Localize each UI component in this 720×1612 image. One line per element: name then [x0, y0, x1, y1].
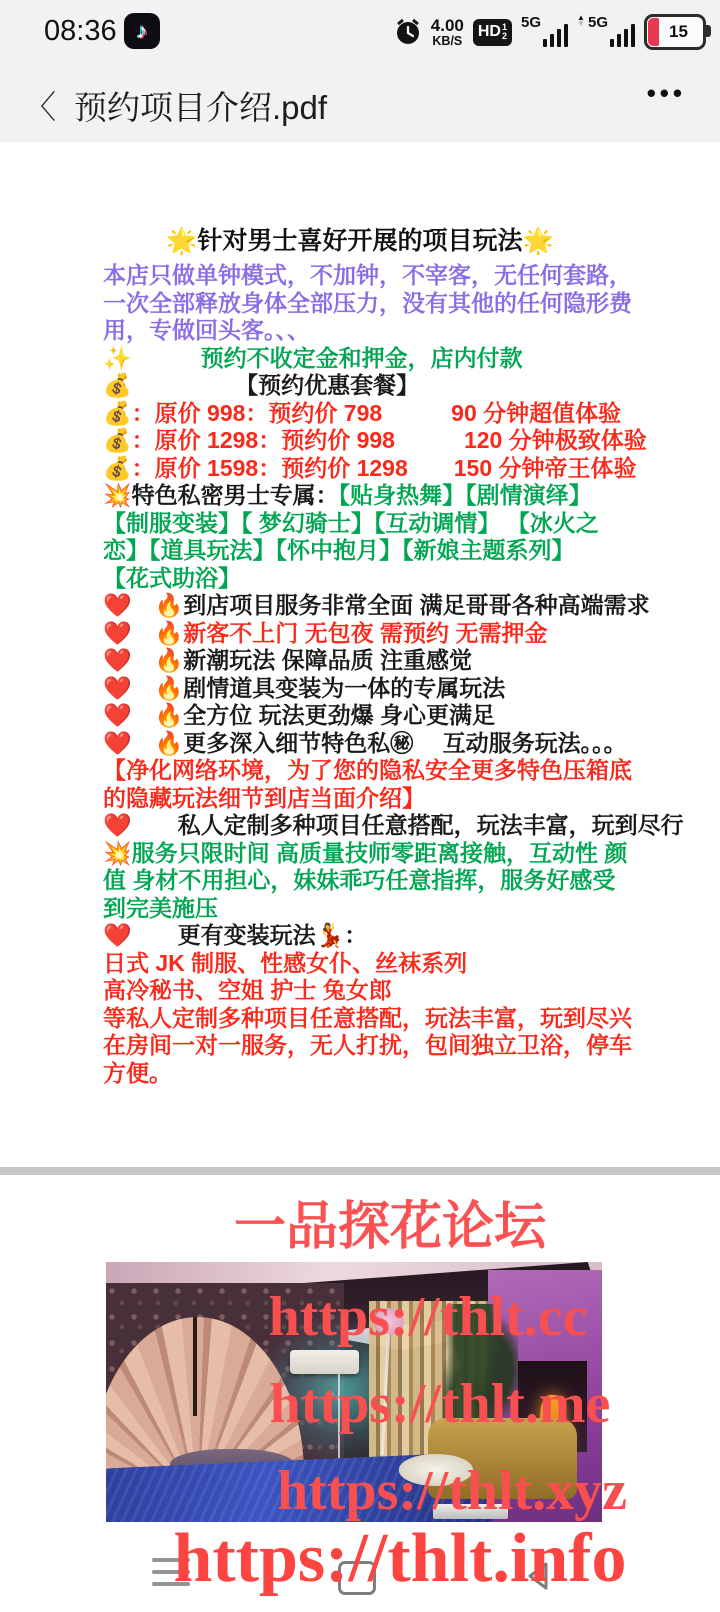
doc-line: ❤️ 🔥到店项目服务非常全面 满足哥哥各种高端需求: [0, 592, 720, 620]
pdf-page-1: 🌟针对男士喜好开展的项目玩法🌟 本店只做单钟模式，不加钟，不宰客，无任何套路，一…: [0, 142, 720, 1167]
data-arrows-icon: ▲▼: [577, 15, 585, 28]
tiktok-app-icon: ♪: [124, 13, 160, 49]
hd-sim-numbers: 12: [502, 23, 507, 41]
page-divider: [0, 1167, 720, 1175]
doc-line: 💰 【预约优惠套餐】: [0, 372, 720, 400]
doc-line: 本店只做单钟模式，不加钟，不宰客，无任何套路，: [0, 262, 720, 290]
speed-unit: KB/S: [432, 35, 462, 48]
battery-level-fill: [648, 18, 659, 46]
doc-line: 💰：原价 1298：预约价 998 120 分钟极致体验: [0, 427, 720, 455]
battery-icon: 15: [644, 14, 706, 50]
signal-bars-icon: [543, 24, 569, 47]
hd-volte-icon: HD 12: [473, 19, 512, 46]
more-options-button[interactable]: •••: [647, 78, 686, 109]
phone-screen: 08:36 ♪ 4.00 KB/S HD 12 5G ▲▼ 5G: [0, 0, 720, 1612]
doc-line: 高冷秘书、空姐 护士 兔女郎: [0, 977, 720, 1005]
doc-line: 💰：原价 1598：预约价 1298 150 分钟帝王体验: [0, 455, 720, 483]
doc-line: 【花式助浴】: [0, 565, 720, 593]
doc-title: 🌟针对男士喜好开展的项目玩法🌟: [0, 226, 720, 256]
network-type-label: 5G: [588, 14, 608, 31]
signal-sim2-icon: ▲▼ 5G: [577, 15, 635, 49]
status-time: 08:36: [44, 15, 117, 48]
doc-line: ❤️ 🔥剧情道具变装为一体的专属玩法: [0, 675, 720, 703]
doc-line: 等私人定制多种项目任意搭配，玩法丰富，玩到尽兴: [0, 1005, 720, 1033]
doc-line: ❤️ 🔥更多深入细节特色私㊙ 互动服务玩法。。。: [0, 730, 720, 758]
watermark-url-info: https://thlt.info: [0, 1517, 720, 1601]
music-note-icon: ♪: [137, 18, 148, 44]
status-bar: 08:36 ♪ 4.00 KB/S HD 12 5G ▲▼ 5G: [0, 0, 720, 64]
doc-line: ❤️ 🔥全方位 玩法更劲爆 身心更满足: [0, 702, 720, 730]
watermark-url: https://thlt.me: [0, 1368, 720, 1440]
document-body: 本店只做单钟模式，不加钟，不宰客，无任何套路，一次全部释放身体全部压力，没有其他…: [0, 262, 720, 1087]
title-bar: 〈 预约项目介绍.pdf •••: [0, 64, 720, 142]
doc-line: 到完美施压: [0, 895, 720, 923]
back-button[interactable]: 〈: [24, 82, 56, 128]
doc-line: 日式 JK 制服、性感女仆、丝袜系列: [0, 950, 720, 978]
doc-line: 用，专做回头客。、、: [0, 317, 720, 345]
doc-line: 方便。: [0, 1060, 720, 1088]
hd-label: HD: [478, 23, 501, 41]
doc-line: 【制服变装】【 梦幻骑士】【互动调情】 【冰火之: [0, 510, 720, 538]
battery-percent: 15: [662, 22, 688, 42]
doc-line: 💥特色私密男士专属：【贴身热舞】【剧情演绎】: [0, 482, 720, 510]
signal-bars-icon: [610, 24, 636, 47]
doc-line: 的隐藏玩法细节到店当面介绍】: [0, 785, 720, 813]
doc-line: ❤️ 🔥新潮玩法 保障品质 注重感觉: [0, 647, 720, 675]
watermark-forum-name: 一品探花论坛: [0, 1198, 720, 1258]
doc-line: 恋】【道具玩法】【怀中抱月】【新娘主题系列】: [0, 537, 720, 565]
doc-line: ❤️ 私人定制多种项目任意搭配，玩法丰富，玩到尽行: [0, 812, 720, 840]
network-speed: 4.00 KB/S: [431, 17, 464, 48]
speed-value: 4.00: [431, 17, 464, 34]
doc-line: 💰：原价 998：预约价 798 90 分钟超值体验: [0, 400, 720, 428]
signal-sim1-icon: 5G: [521, 15, 568, 49]
page-title: 预约项目介绍.pdf: [74, 82, 327, 129]
doc-line: 【净化网络环境，为了您的隐私安全更多特色压箱底: [0, 757, 720, 785]
doc-line: 在房间一对一服务，无人打扰，包间独立卫浴，停车: [0, 1032, 720, 1060]
doc-line: 值 身材不用担心，妹妹乖巧任意指挥，服务好感受: [0, 867, 720, 895]
watermark-url: https://thlt.cc: [0, 1281, 720, 1353]
network-type-label: 5G: [521, 14, 541, 31]
doc-line: ❤️ 🔥新客不上门 无包夜 需预约 无需押金: [0, 620, 720, 648]
pdf-page-2: 一品探花论坛 https://thlt.cchttps://thlt.mehtt…: [0, 1175, 720, 1612]
doc-line: ✨ 预约不收定金和押金，店内付款: [0, 345, 720, 373]
doc-line: ❤️ 更有变装玩法💃：: [0, 922, 720, 950]
doc-line: 一次全部释放身体全部压力，没有其他的任何隐形费: [0, 290, 720, 318]
status-icons: 4.00 KB/S HD 12 5G ▲▼ 5G 15: [394, 12, 706, 52]
alarm-clock-icon: [394, 18, 422, 46]
doc-line: 💥服务只限时间 高质量技师零距离接触，互动性 颜: [0, 840, 720, 868]
